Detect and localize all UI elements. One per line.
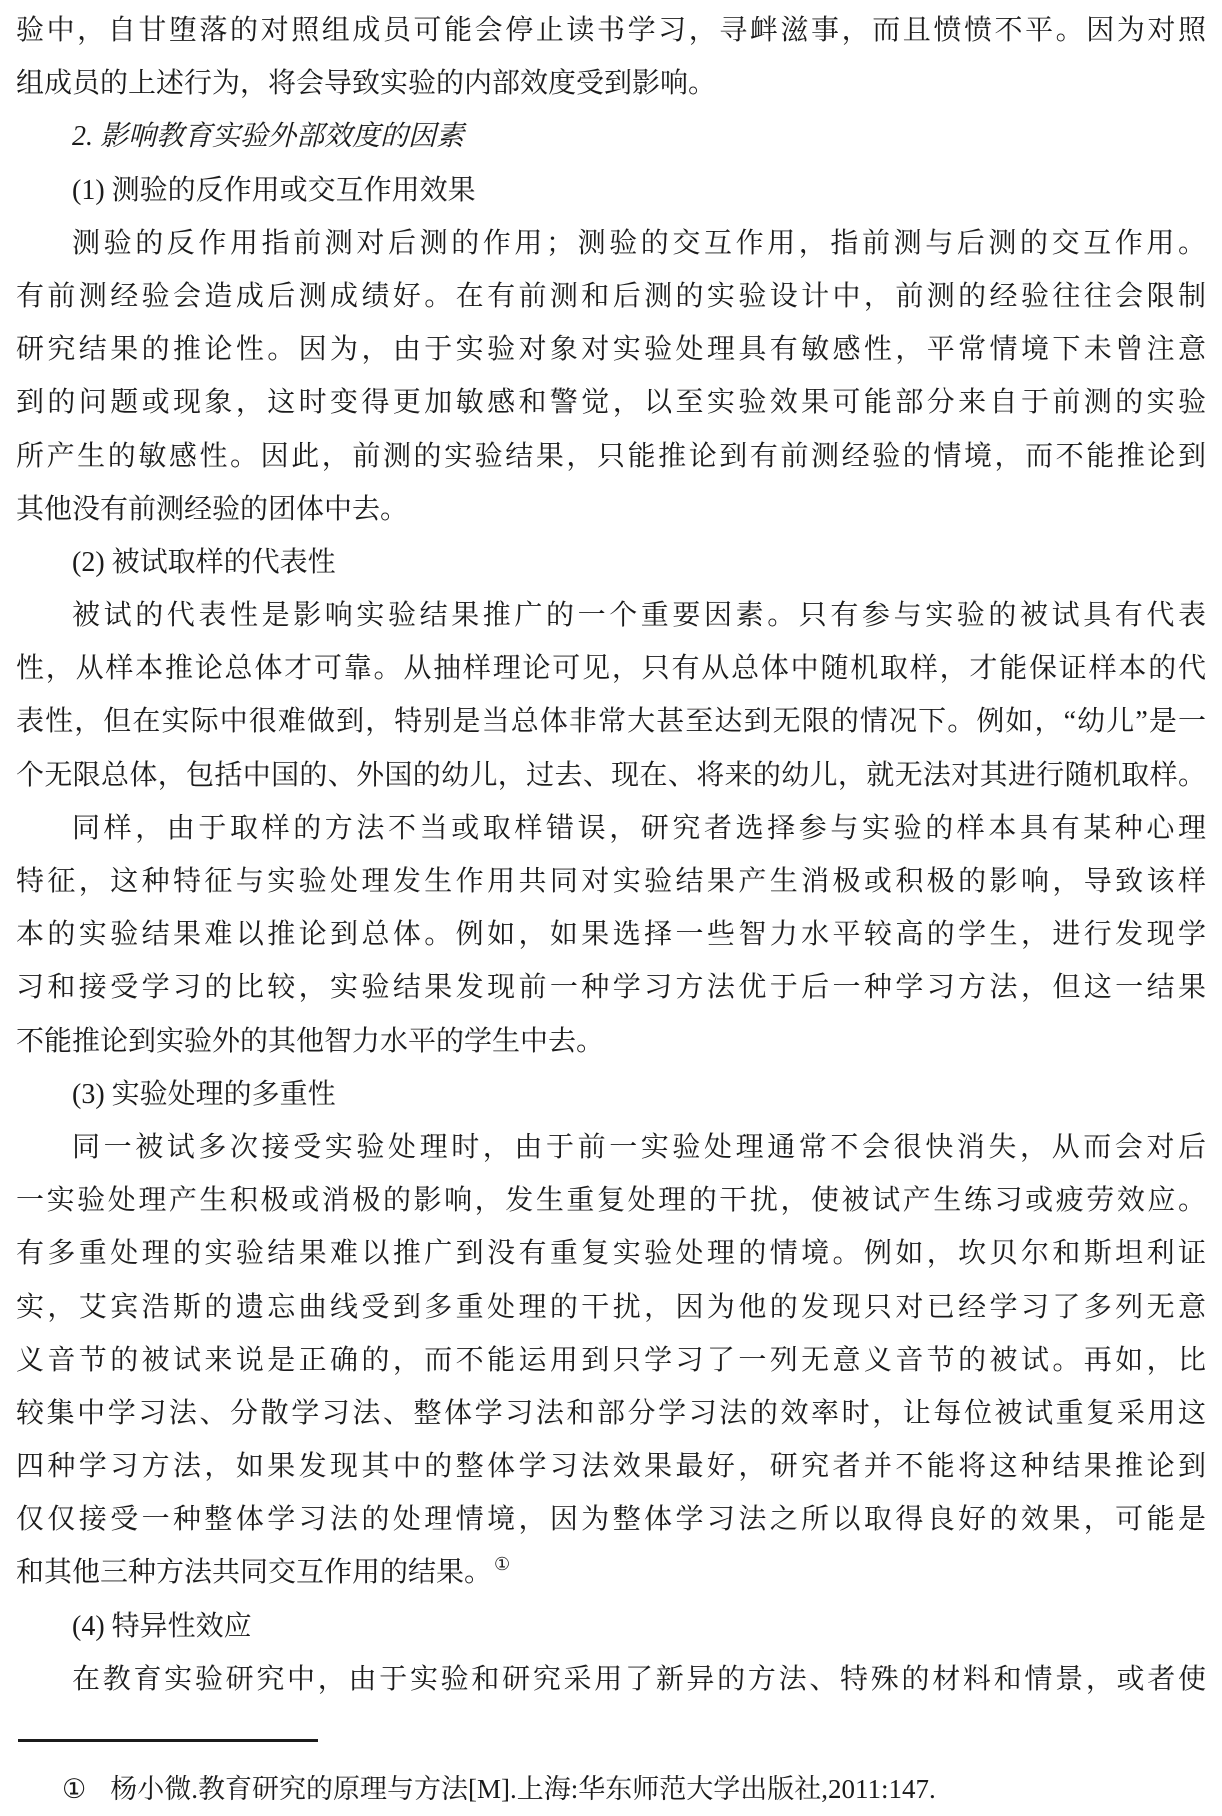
text-line: 其他没有前测经验的团体中去。 [16, 483, 1206, 536]
text-line: 有多重处理的实验结果难以推广到没有重复实验处理的情境。例如，坎贝尔和斯坦利证 [16, 1227, 1206, 1280]
line-text: (4) 特异性效应 [72, 1611, 252, 1642]
body-text: 验中，自甘堕落的对照组成员可能会停止读书学习，寻衅滋事，而且愤愤不平。因为对照组… [16, 4, 1206, 1706]
line-text: 组成员的上述行为，将会导致实验的内部效度受到影响。 [16, 68, 716, 99]
text-line: 四种学习方法，如果发现其中的整体学习法效果最好，研究者并不能将这种结果推论到 [16, 1440, 1206, 1493]
text-line: 同样，由于取样的方法不当或取样错误，研究者选择参与实验的样本具有某种心理 [16, 802, 1206, 855]
text-line: 本的实验结果难以推论到总体。例如，如果选择一些智力水平较高的学生，进行发现学 [16, 908, 1206, 961]
footnote-divider [18, 1739, 318, 1742]
line-text: 到的问题或现象，这时变得更加敏感和警觉，以至实验效果可能部分来自于前测的实验 [16, 387, 1206, 418]
line-text: 个无限总体，包括中国的、外国的幼儿，过去、现在、将来的幼儿，就无法对其进行随机取… [16, 760, 1206, 791]
footnote: ①杨小微.教育研究的原理与方法[M].上海:华东师范大学出版社,2011:147… [0, 1772, 1196, 1806]
footnote-text: 杨小微.教育研究的原理与方法[M].上海:华东师范大学出版社,2011:147. [110, 1774, 936, 1804]
subsection-heading-line: (3) 实验处理的多重性 [16, 1068, 1206, 1121]
text-line: 个无限总体，包括中国的、外国的幼儿，过去、现在、将来的幼儿，就无法对其进行随机取… [16, 749, 1206, 802]
text-line: 被试的代表性是影响实验结果推广的一个重要因素。只有参与实验的被试具有代表 [16, 589, 1206, 642]
line-text: 四种学习方法，如果发现其中的整体学习法效果最好，研究者并不能将这种结果推论到 [16, 1451, 1206, 1482]
text-line: 表性，但在实际中很难做到，特别是当总体非常大甚至达到无限的情况下。例如，“幼儿”… [16, 695, 1206, 748]
line-text: 2. 影响教育实验外部效度的因素 [72, 121, 464, 152]
page: 验中，自甘堕落的对照组成员可能会停止读书学习，寻衅滋事，而且愤愤不平。因为对照组… [0, 0, 1222, 1816]
line-text: 本的实验结果难以推论到总体。例如，如果选择一些智力水平较高的学生，进行发现学 [16, 919, 1206, 950]
text-line: 组成员的上述行为，将会导致实验的内部效度受到影响。 [16, 57, 1206, 110]
footnote-marker: ① [62, 1772, 86, 1806]
line-text: 在教育实验研究中，由于实验和研究采用了新异的方法、特殊的材料和情景，或者使 [72, 1664, 1206, 1695]
line-text: (1) 测验的反作用或交互作用效果 [72, 175, 476, 206]
subsection-heading-line: (2) 被试取样的代表性 [16, 536, 1206, 589]
footnote-ref-marker: ① [494, 1554, 510, 1574]
line-text: 被试的代表性是影响实验结果推广的一个重要因素。只有参与实验的被试具有代表 [72, 600, 1206, 631]
line-text: 一实验处理产生积极或消极的影响，发生重复处理的干扰，使被试产生练习或疲劳效应。 [16, 1185, 1206, 1216]
text-line: 一实验处理产生积极或消极的影响，发生重复处理的干扰，使被试产生练习或疲劳效应。 [16, 1174, 1206, 1227]
line-text: 研究结果的推论性。因为，由于实验对象对实验处理具有敏感性，平常情境下未曾注意 [16, 334, 1206, 365]
line-text: 同样，由于取样的方法不当或取样错误，研究者选择参与实验的样本具有某种心理 [72, 813, 1206, 844]
text-line: 研究结果的推论性。因为，由于实验对象对实验处理具有敏感性，平常情境下未曾注意 [16, 323, 1206, 376]
line-text: 有前测经验会造成后测成绩好。在有前测和后测的实验设计中，前测的经验往往会限制 [16, 281, 1206, 312]
line-text: 表性，但在实际中很难做到，特别是当总体非常大甚至达到无限的情况下。例如，“幼儿”… [16, 706, 1206, 737]
line-text: 仅仅接受一种整体学习法的处理情境，因为整体学习法之所以取得良好的效果，可能是 [16, 1504, 1206, 1535]
text-line: 有前测经验会造成后测成绩好。在有前测和后测的实验设计中，前测的经验往往会限制 [16, 270, 1206, 323]
text-line: 义音节的被试来说是正确的，而不能运用到只学习了一列无意义音节的被试。再如，比 [16, 1334, 1206, 1387]
line-text: (2) 被试取样的代表性 [72, 547, 336, 578]
section-heading-line: 2. 影响教育实验外部效度的因素 [16, 110, 1206, 163]
text-line: 和其他三种方法共同交互作用的结果。① [16, 1546, 1206, 1599]
line-text: 义音节的被试来说是正确的，而不能运用到只学习了一列无意义音节的被试。再如，比 [16, 1345, 1206, 1376]
line-text: 所产生的敏感性。因此，前测的实验结果，只能推论到有前测经验的情境，而不能推论到 [16, 441, 1206, 472]
line-text: 实，艾宾浩斯的遗忘曲线受到多重处理的干扰，因为他的发现只对已经学习了多列无意 [16, 1292, 1206, 1323]
text-line: 同一被试多次接受实验处理时，由于前一实验处理通常不会很快消失，从而会对后 [16, 1121, 1206, 1174]
line-text: 特征，这种特征与实验处理发生作用共同对实验结果产生消极或积极的影响，导致该样 [16, 866, 1206, 897]
line-text: 测验的反作用指前测对后测的作用；测验的交互作用，指前测与后测的交互作用。 [72, 228, 1206, 259]
text-line: 不能推论到实验外的其他智力水平的学生中去。 [16, 1015, 1206, 1068]
line-text: 其他没有前测经验的团体中去。 [16, 494, 408, 525]
line-text: 验中，自甘堕落的对照组成员可能会停止读书学习，寻衅滋事，而且愤愤不平。因为对照 [16, 15, 1206, 46]
text-line: 测验的反作用指前测对后测的作用；测验的交互作用，指前测与后测的交互作用。 [16, 217, 1206, 270]
text-line: 特征，这种特征与实验处理发生作用共同对实验结果产生消极或积极的影响，导致该样 [16, 855, 1206, 908]
text-line: 到的问题或现象，这时变得更加敏感和警觉，以至实验效果可能部分来自于前测的实验 [16, 376, 1206, 429]
text-line: 仅仅接受一种整体学习法的处理情境，因为整体学习法之所以取得良好的效果，可能是 [16, 1493, 1206, 1546]
text-line: 实，艾宾浩斯的遗忘曲线受到多重处理的干扰，因为他的发现只对已经学习了多列无意 [16, 1281, 1206, 1334]
subsection-heading-line: (1) 测验的反作用或交互作用效果 [16, 164, 1206, 217]
text-line: 习和接受学习的比较，实验结果发现前一种学习方法优于后一种学习方法，但这一结果 [16, 961, 1206, 1014]
text-line: 较集中学习法、分散学习法、整体学习法和部分学习法的效率时，让每位被试重复采用这 [16, 1387, 1206, 1440]
line-text: 不能推论到实验外的其他智力水平的学生中去。 [16, 1026, 604, 1057]
text-line: 在教育实验研究中，由于实验和研究采用了新异的方法、特殊的材料和情景，或者使 [16, 1653, 1206, 1706]
text-line: 所产生的敏感性。因此，前测的实验结果，只能推论到有前测经验的情境，而不能推论到 [16, 430, 1206, 483]
text-line: 性，从样本推论总体才可靠。从抽样理论可见，只有从总体中随机取样，才能保证样本的代 [16, 642, 1206, 695]
line-text: 同一被试多次接受实验处理时，由于前一实验处理通常不会很快消失，从而会对后 [72, 1132, 1206, 1163]
line-text: 有多重处理的实验结果难以推广到没有重复实验处理的情境。例如，坎贝尔和斯坦利证 [16, 1238, 1206, 1269]
line-text: 性，从样本推论总体才可靠。从抽样理论可见，只有从总体中随机取样，才能保证样本的代 [16, 653, 1206, 684]
line-text: 习和接受学习的比较，实验结果发现前一种学习方法优于后一种学习方法，但这一结果 [16, 972, 1206, 1003]
line-text: 和其他三种方法共同交互作用的结果。 [16, 1557, 492, 1588]
line-text: (3) 实验处理的多重性 [72, 1079, 336, 1110]
subsection-heading-line: (4) 特异性效应 [16, 1600, 1206, 1653]
text-line: 验中，自甘堕落的对照组成员可能会停止读书学习，寻衅滋事，而且愤愤不平。因为对照 [16, 4, 1206, 57]
footnote-area: ①杨小微.教育研究的原理与方法[M].上海:华东师范大学出版社,2011:147… [0, 1739, 1222, 1806]
line-text: 较集中学习法、分散学习法、整体学习法和部分学习法的效率时，让每位被试重复采用这 [16, 1398, 1206, 1429]
